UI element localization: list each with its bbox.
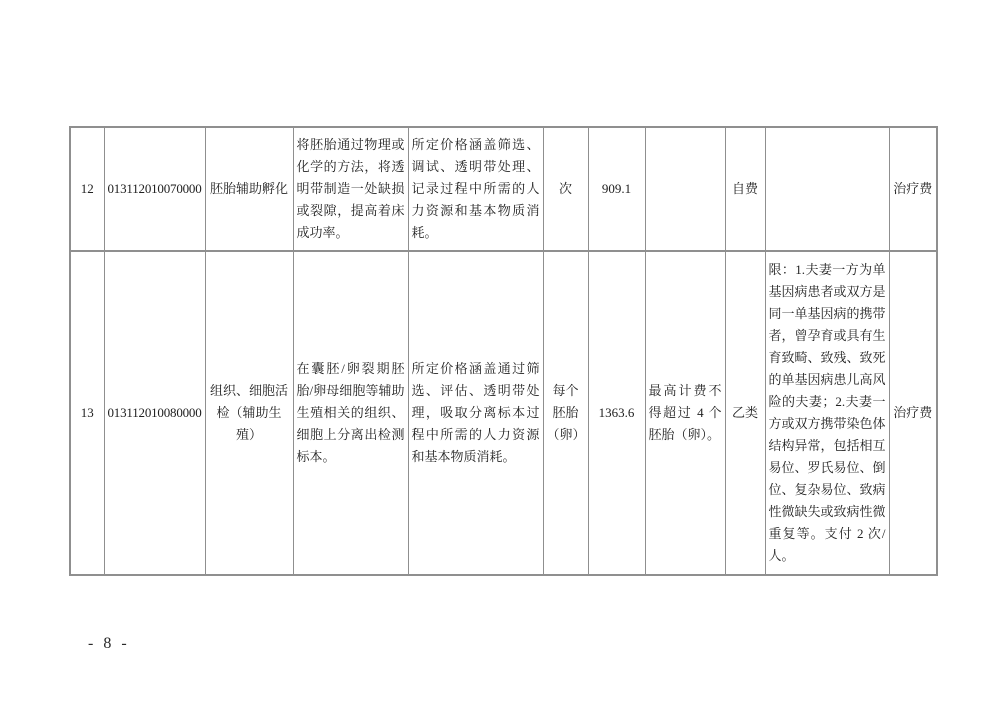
table-row-12: 12 013112010070000 胚胎辅助孵化 将胚胎通过物理或化学的方法，… [70, 127, 937, 251]
insurance-category: 乙类 [725, 251, 765, 575]
pricing-unit: 每个 胚胎 （卵） [543, 251, 588, 575]
billing-limit [645, 127, 725, 251]
row-index: 13 [70, 251, 104, 575]
item-name: 组织、细胞活 检（辅助生殖） [205, 251, 293, 575]
page-number: - 8 - [88, 635, 130, 653]
item-name: 胚胎辅助孵化 [205, 127, 293, 251]
billing-limit: 最高计费不得超过 4 个胚胎（卵）。 [645, 251, 725, 575]
fee-type: 治疗费 [889, 251, 937, 575]
price-composition: 所定价格涵盖通过筛选、评估、透明带处理，吸取分离标本过程中所需的人力资源和基本物… [408, 251, 543, 575]
price-composition: 所定价格涵盖筛选、调试、透明带处理、记录过程中所需的人力资源和基本物质消耗。 [408, 127, 543, 251]
remarks: 限：1.夫妻一方为单基因病患者或双方是同一单基因病的携带者，曾孕育或具有生育致畸… [765, 251, 889, 575]
item-code: 013112010080000 [104, 251, 205, 575]
price-value: 1363.6 [588, 251, 645, 575]
remarks [765, 127, 889, 251]
insurance-category: 自费 [725, 127, 765, 251]
table-row-13: 13 013112010080000 组织、细胞活 检（辅助生殖） 在囊胚/卵裂… [70, 251, 937, 575]
item-code: 013112010070000 [104, 127, 205, 251]
document-page: 12 013112010070000 胚胎辅助孵化 将胚胎通过物理或化学的方法，… [0, 0, 1000, 706]
pricing-unit: 次 [543, 127, 588, 251]
item-description: 在囊胚/卵裂期胚胎/卵母细胞等辅助生殖相关的组织、细胞上分离出检测标本。 [293, 251, 408, 575]
row-index: 12 [70, 127, 104, 251]
fee-type: 治疗费 [889, 127, 937, 251]
medical-service-price-table: 12 013112010070000 胚胎辅助孵化 将胚胎通过物理或化学的方法，… [69, 126, 938, 576]
item-description: 将胚胎通过物理或化学的方法，将透明带制造一处缺损或裂隙，提高着床成功率。 [293, 127, 408, 251]
price-value: 909.1 [588, 127, 645, 251]
